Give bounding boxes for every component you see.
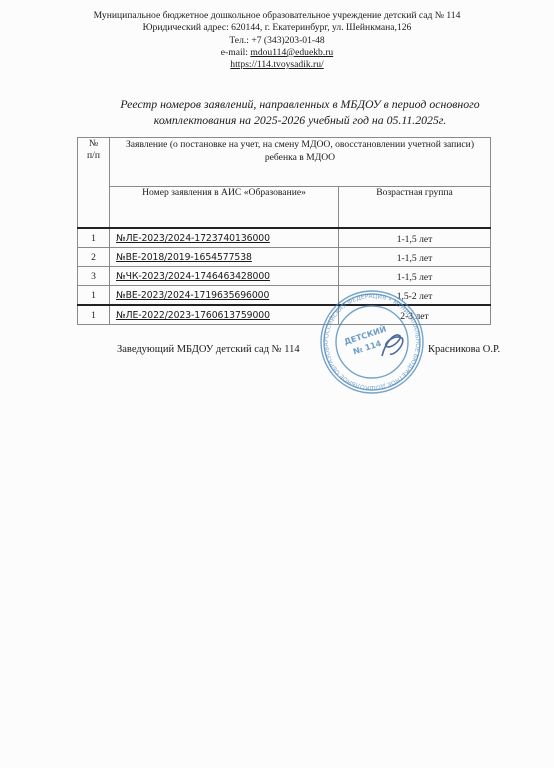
signatory-name: Красникова О.Р.: [428, 344, 500, 355]
registry-table: №п/п Заявление (о постановке на учет, на…: [77, 137, 491, 325]
col-header-number: №п/п: [78, 138, 110, 229]
legal-address: Юридический адрес: 620144, г. Екатеринбу…: [0, 22, 554, 34]
signatory-position: Заведующий МБДОУ детский сад № 114: [117, 344, 300, 355]
col-header-age-group: Возрастная группа: [339, 187, 491, 229]
letterhead: Муниципальное бюджетное дошкольное образ…: [0, 10, 554, 71]
col-header-application: Заявление (о постановке на учет, на смен…: [110, 138, 491, 187]
application-number: №ЛЕ-2022/2023-1760613759000: [110, 305, 339, 325]
title-line-1: Реестр номеров заявлений, направленных в…: [90, 96, 510, 112]
title-line-2: комплектования на 2025-2026 учебный год …: [90, 112, 510, 128]
age-group: 1-1,5 лет: [339, 248, 491, 267]
col-header-app-number: Номер заявления в АИС «Образование»: [110, 187, 339, 229]
document-page: Муниципальное бюджетное дошкольное образ…: [0, 0, 554, 768]
website-link[interactable]: https://114.tvoysadik.ru/: [230, 59, 323, 70]
age-group: 1-1,5 лет: [339, 228, 491, 248]
table-row: 1 №ЛЕ-2022/2023-1760613759000 2-3 лет: [78, 305, 491, 325]
email-link[interactable]: mdou114@eduekb.ru: [250, 47, 333, 58]
org-name: Муниципальное бюджетное дошкольное образ…: [0, 10, 554, 22]
table-row: 1 №ЛЕ-2023/2024-1723740136000 1-1,5 лет: [78, 228, 491, 248]
table-row: 3 №ЧК-2023/2024-1746463428000 1-1,5 лет: [78, 267, 491, 286]
application-number: №ЛЕ-2023/2024-1723740136000: [110, 228, 339, 248]
svg-text:№ 114: № 114: [352, 339, 383, 357]
document-title: Реестр номеров заявлений, направленных в…: [90, 96, 510, 128]
application-number: №ВЕ-2023/2024-1719635696000: [110, 286, 339, 306]
application-number: №ЧК-2023/2024-1746463428000: [110, 267, 339, 286]
phone: Тел.: +7 (343)203-01-48: [0, 35, 554, 47]
table-row: 1 №ВЕ-2023/2024-1719635696000 1,5-2 лет: [78, 286, 491, 306]
table-row: 2 №ВЕ-2018/2019-1654577538 1-1,5 лет: [78, 248, 491, 267]
email-label: e-mail:: [221, 47, 251, 58]
age-group: 1-1,5 лет: [339, 267, 491, 286]
age-group: 1,5-2 лет: [339, 286, 491, 306]
application-number: №ВЕ-2018/2019-1654577538: [110, 248, 339, 267]
age-group: 2-3 лет: [339, 305, 491, 325]
email-line: e-mail: mdou114@eduekb.ru: [0, 47, 554, 59]
svg-text:ДЕТСКИЙ: ДЕТСКИЙ: [342, 323, 387, 347]
